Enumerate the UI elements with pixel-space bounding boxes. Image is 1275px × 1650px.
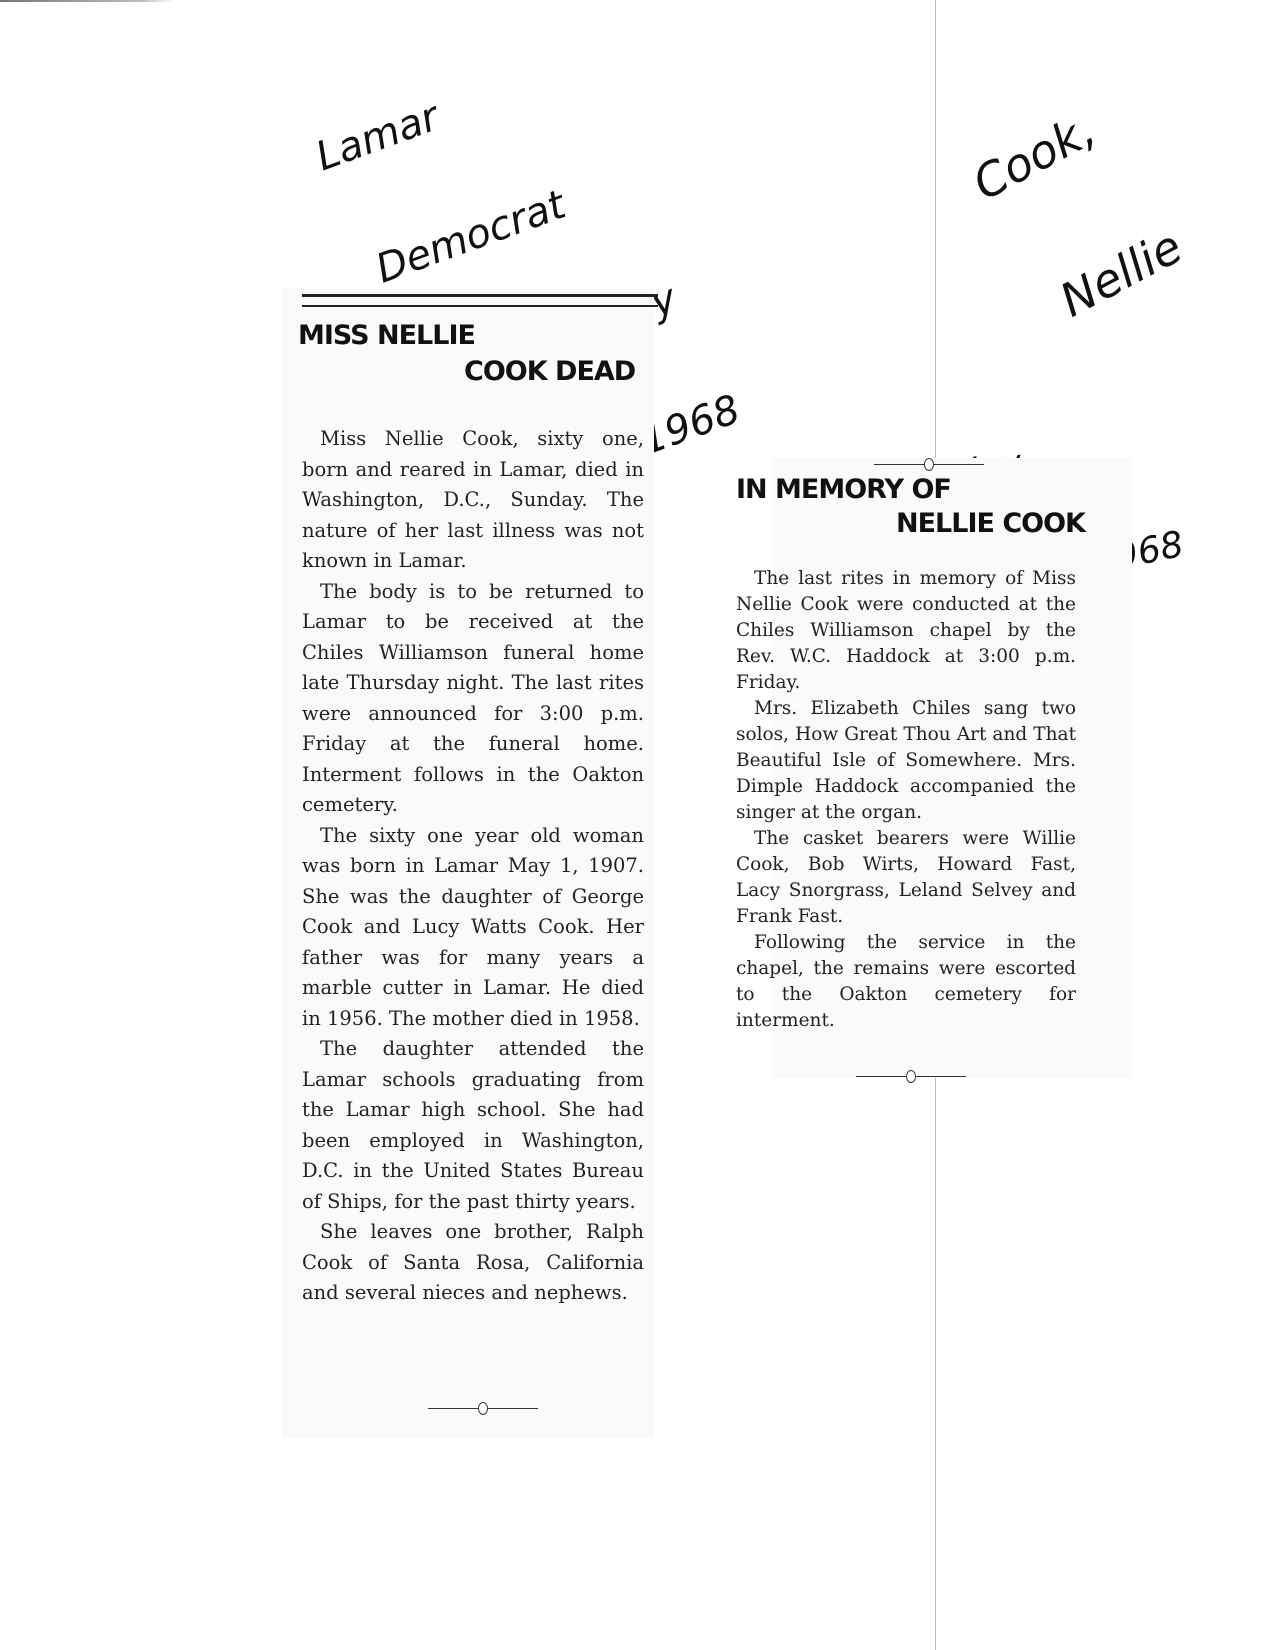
- end-separator: [856, 1070, 966, 1082]
- obituary-clipping: MISS NELLIE COOK DEAD Miss Nellie Cook, …: [282, 288, 654, 1438]
- handwritten-name-note: Cook, Nellie: [920, 9, 1212, 379]
- paragraph: The casket bearers were Willie Cook, Bob…: [736, 826, 1076, 930]
- paragraph: Miss Nellie Cook, sixty one, born and re…: [302, 424, 644, 577]
- memorial-body: The last rites in memory of Miss Nellie …: [736, 566, 1076, 1034]
- scan-edge-mark: [0, 0, 175, 2]
- paragraph: The last rites in memory of Miss Nellie …: [736, 566, 1076, 696]
- paragraph: The sixty one year old woman was born in…: [302, 821, 644, 1035]
- separator-circle-icon: [906, 1070, 916, 1083]
- paragraph: She leaves one brother, Ralph Cook of Sa…: [302, 1217, 644, 1309]
- headline-line-1: IN MEMORY OF: [736, 474, 951, 505]
- headline-line-2: NELLIE COOK: [896, 508, 1085, 539]
- obituary-body: Miss Nellie Cook, sixty one, born and re…: [302, 424, 644, 1309]
- top-separator: [874, 458, 984, 470]
- headline-line-2: COOK DEAD: [464, 356, 635, 387]
- memorial-clipping: IN MEMORY OF NELLIE COOK The last rites …: [772, 458, 1132, 1078]
- headline-line-1: MISS NELLIE: [298, 320, 475, 351]
- paragraph: Following the service in the chapel, the…: [736, 930, 1076, 1034]
- separator-circle-icon: [478, 1402, 488, 1415]
- separator-circle-icon: [924, 458, 934, 471]
- paragraph: The daughter attended the Lamar schools …: [302, 1034, 644, 1217]
- end-separator: [428, 1402, 538, 1414]
- double-rule-divider: [302, 294, 658, 307]
- paragraph: The body is to be returned to Lamar to b…: [302, 577, 644, 821]
- paragraph: Mrs. Elizabeth Chiles sang two solos, Ho…: [736, 696, 1076, 826]
